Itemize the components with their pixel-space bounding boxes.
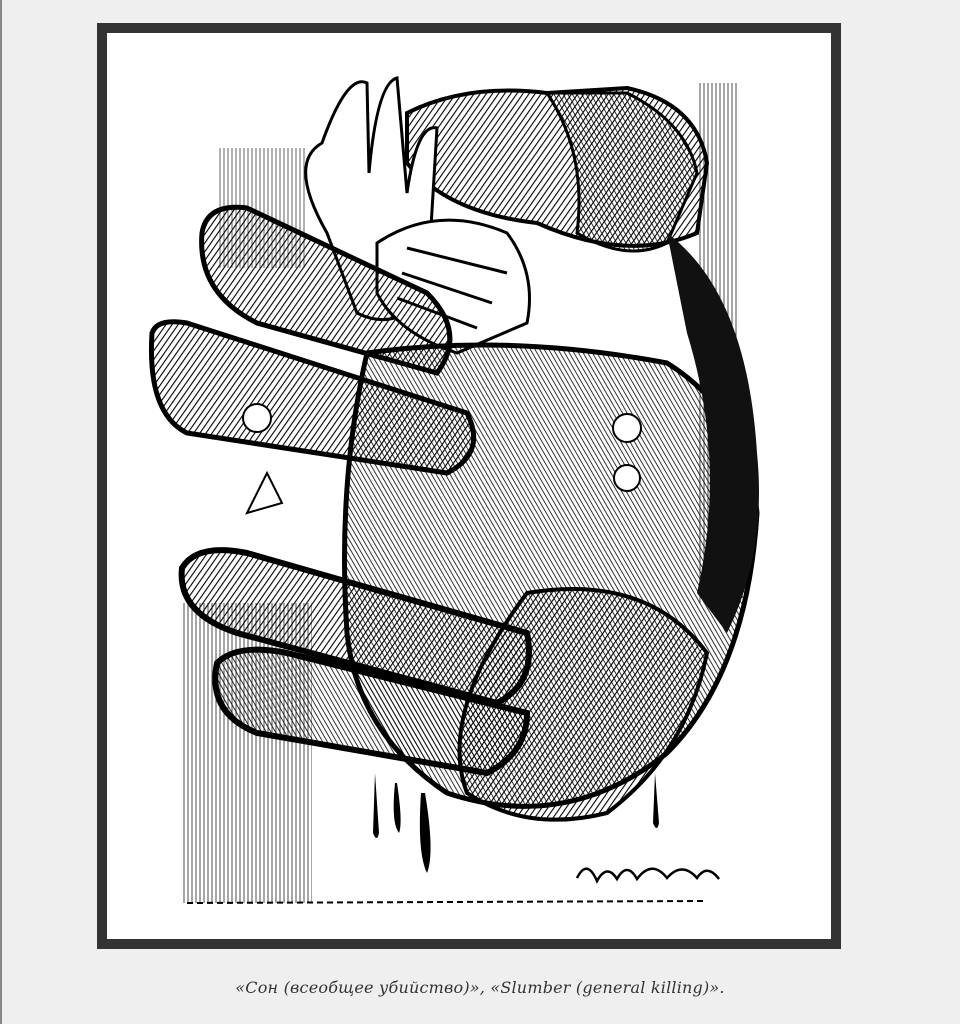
artwork-caption: «Сон (всеобщее убийство)», «Slumber (gen… [0, 978, 960, 997]
artwork-illustration [107, 33, 831, 939]
signature [577, 869, 719, 881]
page-edge [0, 0, 2, 1024]
artwork-frame [97, 23, 841, 949]
